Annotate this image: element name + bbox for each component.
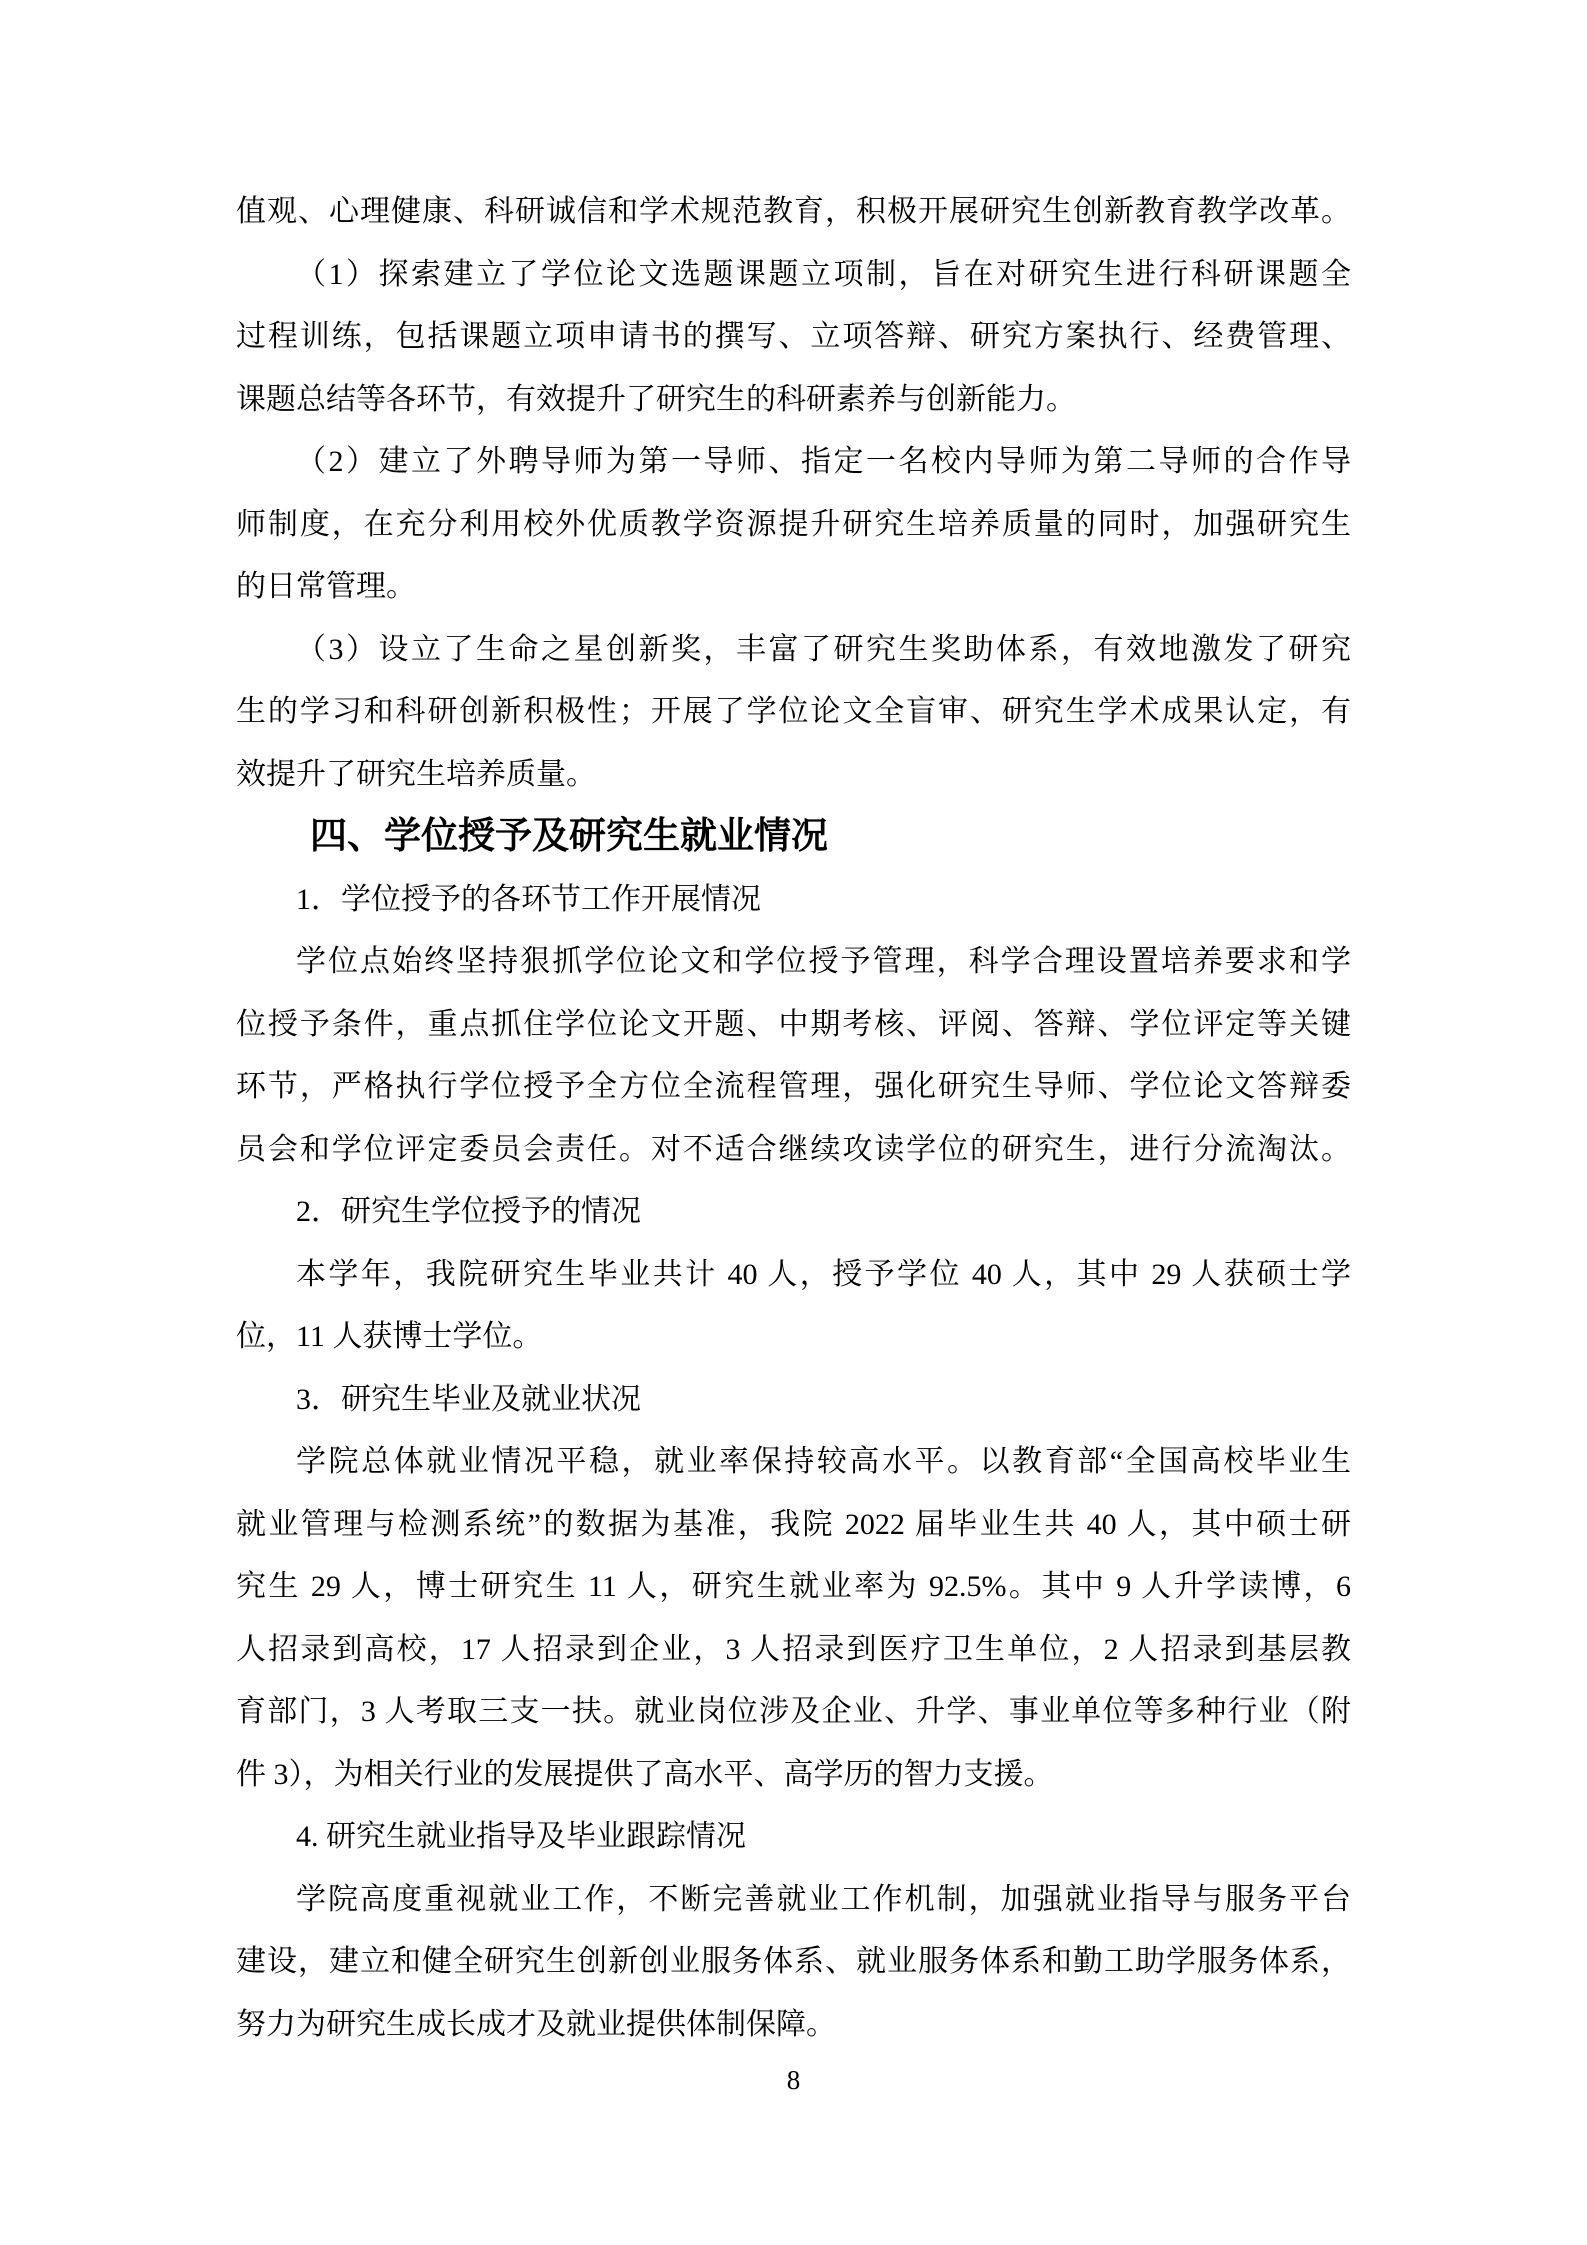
- body-line: 生的学习和科研创新积极性；开展了学位论文全盲审、研究生学术成果认定，有: [236, 681, 1351, 744]
- body-line: 过程训练，包括课题立项申请书的撰写、立项答辩、研究方案执行、经费管理、: [236, 306, 1351, 369]
- body-line: 值观、心理健康、科研诚信和学术规范教育，积极开展研究生创新教育教学改革。: [236, 181, 1351, 244]
- numbered-item: 1．学位授予的各环节工作开展情况: [236, 869, 1351, 932]
- body-line: 环节，严格执行学位授予全方位全流程管理，强化研究生导师、学位论文答辩委: [236, 1056, 1351, 1119]
- body-line: 师制度，在充分利用校外优质教学资源提升研究生培养质量的同时，加强研究生: [236, 494, 1351, 557]
- body-line: 育部门，3 人考取三支一扶。就业岗位涉及企业、升学、事业单位等多种行业（附: [236, 1681, 1351, 1744]
- body-line: 的日常管理。: [236, 556, 1351, 619]
- body-line: 努力为研究生成长成才及就业提供体制保障。: [236, 1994, 1351, 2057]
- body-line: 人招录到高校，17 人招录到企业，3 人招录到医疗卫生单位，2 人招录到基层教: [236, 1619, 1351, 1682]
- body-line: 学位点始终坚持狠抓学位论文和学位授予管理，科学合理设置培养要求和学: [236, 931, 1351, 994]
- body-line: 位授予条件，重点抓住学位论文开题、中期考核、评阅、答辩、学位评定等关键: [236, 994, 1351, 1057]
- body-line: 就业管理与检测系统”的数据为基准，我院 2022 届毕业生共 40 人，其中硕士…: [236, 1494, 1351, 1557]
- page: 值观、心理健康、科研诚信和学术规范教育，积极开展研究生创新教育教学改革。 （1）…: [0, 0, 1587, 2245]
- numbered-item: 3．研究生毕业及就业状况: [236, 1369, 1351, 1432]
- numbered-item: 2．研究生学位授予的情况: [236, 1181, 1351, 1244]
- page-number: 8: [787, 2065, 801, 2095]
- body-line: 建设，建立和健全研究生创新创业服务体系、就业服务体系和勤工助学服务体系，: [236, 1931, 1351, 1994]
- body-line: 效提升了研究生培养质量。: [236, 744, 1351, 807]
- numbered-item: 4. 研究生就业指导及毕业跟踪情况: [236, 1806, 1351, 1869]
- body-line: （1）探索建立了学位论文选题课题立项制，旨在对研究生进行科研课题全: [236, 244, 1351, 307]
- body-line: （3）设立了生命之星创新奖，丰富了研究生奖助体系，有效地激发了研究: [236, 619, 1351, 682]
- body-line: 位，11 人获博士学位。: [236, 1306, 1351, 1369]
- body-line: 员会和学位评定委员会责任。对不适合继续攻读学位的研究生，进行分流淘汰。: [236, 1119, 1351, 1182]
- body-line: 究生 29 人，博士研究生 11 人，研究生就业率为 92.5%。其中 9 人升…: [236, 1556, 1351, 1619]
- body-line: 学院高度重视就业工作，不断完善就业工作机制，加强就业指导与服务平台: [236, 1869, 1351, 1932]
- body-line: 学院总体就业情况平稳，就业率保持较高水平。以教育部“全国高校毕业生: [236, 1431, 1351, 1494]
- document-body: 值观、心理健康、科研诚信和学术规范教育，积极开展研究生创新教育教学改革。 （1）…: [236, 181, 1351, 2056]
- section-heading: 四、学位授予及研究生就业情况: [236, 806, 1351, 869]
- page-footer: 8: [236, 2058, 1351, 2103]
- body-line: 课题总结等各环节，有效提升了研究生的科研素养与创新能力。: [236, 369, 1351, 432]
- body-line: 本学年，我院研究生毕业共计 40 人，授予学位 40 人，其中 29 人获硕士学: [236, 1244, 1351, 1307]
- body-line: （2）建立了外聘导师为第一导师、指定一名校内导师为第二导师的合作导: [236, 431, 1351, 494]
- body-line: 件 3），为相关行业的发展提供了高水平、高学历的智力支援。: [236, 1744, 1351, 1807]
